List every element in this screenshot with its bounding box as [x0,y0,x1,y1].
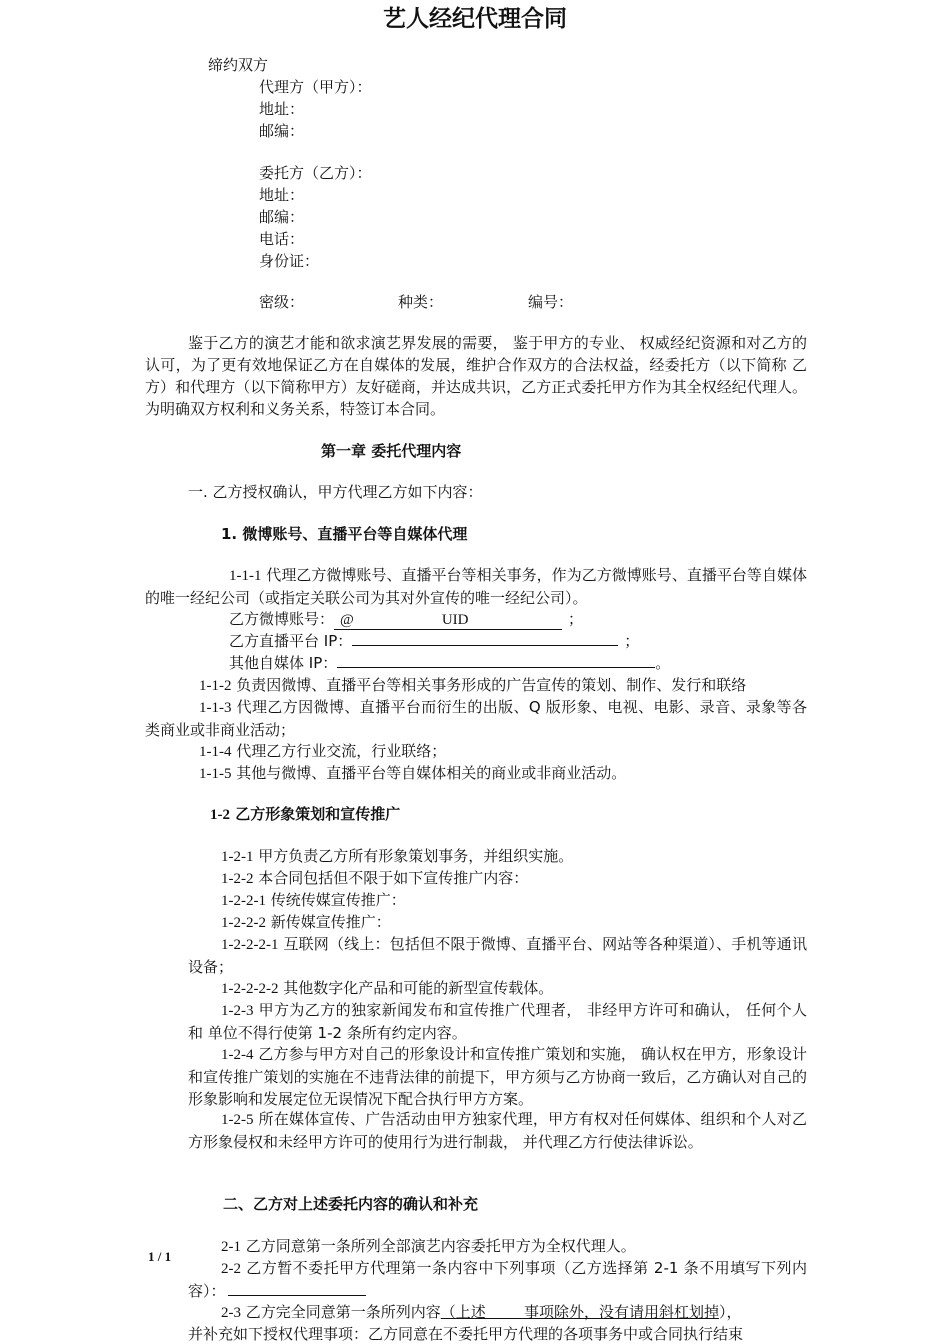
clause-number: 1-1-1 [229,568,262,584]
clause-number: 1-2-2-2-1 [221,937,278,953]
party-b-id-card: 身份证： [259,250,319,272]
live-end: ； [618,632,639,650]
party-b-address: 地址： [259,184,304,206]
preamble-paragraph: 鉴于乙方的演艺才能和欲求演艺界发展的需要， 鉴于甲方的专业、 权威经纪资源和对乙… [145,332,807,420]
section-number: 1-2 [210,807,230,823]
other-end: 。 [655,654,670,672]
clause-number: 2-1 [221,1239,241,1255]
weibo-at-sign: @ [334,612,354,628]
clause-text: 本合同包括但不限于如下宣传推广内容： [258,869,528,887]
clause-1-2-2: 1-2-2 本合同包括但不限于如下宣传推广内容： [221,867,528,890]
clause-1-2-2-2-2: 1-2-2-2-2 其他数字化产品和可能的新型宣传载体。 [221,977,553,1000]
other-media-field[interactable] [337,653,655,668]
clause-1-1-4: 1-1-4 代理乙方行业交流，行业联络； [199,740,446,763]
clause-number: 1-2-4 [221,1047,254,1063]
clause-text-end: ）， [719,1303,742,1321]
clause-text: 其他与微博、直播平台等自媒体相关的商业或非商业活动。 [236,764,626,782]
clause-1-2-1: 1-2-1 甲方负责乙方所有形象策划事务，并组织实施。 [221,845,573,868]
clause-number: 1-2-5 [221,1112,254,1128]
meta-category: 种类： [398,291,443,313]
party-a-label: 代理方（甲方）： [259,76,372,98]
clause-number: 1-1-2 [199,678,232,694]
clause-text: 传统传媒宣传推广： [271,891,406,909]
clause-1-1-3: 1-1-3 代理乙方因微博、直播平台而衍生的出版、Q 版形象、电视、电影、录音、… [145,696,807,741]
weibo-account-line: 乙方微博账号：@UID； [229,608,583,630]
clause-number: 1-2-2-2-2 [221,981,278,997]
clause-text: 乙方参与甲方对自己的形象设计和宣传推广策划和实施， 确认权在甲方，形象设计和宣传… [188,1045,807,1108]
clause-2-3: 2-3 乙方完全同意第一条所列内容（上述 事项除外，没有请用斜杠划掉）， [221,1301,741,1324]
clause-2-3-line2: 并补充如下授权代理事项：乙方同意在不委托甲方代理的各项事务中或合同执行结束 [188,1323,743,1344]
section-title: 乙方形象策划和宣传推广 [235,805,400,823]
weibo-label: 乙方微博账号： [229,610,334,628]
live-label: 乙方直播平台 IP： [229,632,352,650]
chapter1-item1: 一. 乙方授权确认，甲方代理乙方如下内容： [188,481,483,503]
clause-text: 互联网（线上：包括但不限于微博、直播平台、网站等各种渠道）、手机等通讯设备； [188,935,807,976]
clause-text: 乙方同意第一条所列全部演艺内容委托甲方为全权代理人。 [246,1237,636,1255]
section1-heading: 1. 微博账号、直播平台等自媒体代理 [221,523,467,545]
clause-text: 代理乙方行业交流，行业联络； [236,742,446,760]
clause-number: 1-1-5 [199,766,232,782]
clause-1-2-3: 1-2-3 甲方为乙方的独家新闻发布和宣传推广代理者， 非经甲方许可和确认， 任… [188,999,807,1044]
document-title: 艺人经纪代理合同 [0,4,950,34]
clause-number: 1-2-2-1 [221,893,266,909]
party-b-label: 委托方（乙方）： [259,162,372,184]
clause-1-1-2: 1-1-2 负责因微博、直播平台等相关事务形成的广告宣传的策划、制作、发行和联络 [199,674,746,697]
clause-1-2-2-2: 1-2-2-2 新传媒宣传推广： [221,911,391,934]
underlined-note: （上述 事项除外，没有请用斜杠划掉 [441,1303,719,1321]
party-a-address: 地址： [259,98,304,120]
live-platform-line: 乙方直播平台 IP：； [229,630,639,652]
clause-number: 2-2 [221,1261,241,1277]
clause-1-2-2-1: 1-2-2-1 传统传媒宣传推广： [221,889,406,912]
clause-number: 2-3 [221,1305,241,1321]
weibo-end: ； [562,610,583,628]
meta-number: 编号： [528,291,573,313]
page-indicator: 1 / 1 [148,1246,171,1268]
clause-1-2-5: 1-2-5 所在媒体宣传、广告活动由甲方独家代理，甲方有权对任何媒体、组织和个人… [188,1108,807,1153]
clause-1-2-4: 1-2-4 乙方参与甲方对自己的形象设计和宣传推广策划和实施， 确认权在甲方，形… [188,1043,807,1110]
party-b-postcode: 邮编： [259,206,304,228]
chapter1-heading: 第一章 委托代理内容 [321,440,461,462]
clause-2-1: 2-1 乙方同意第一条所列全部演艺内容委托甲方为全权代理人。 [221,1235,636,1258]
clause-1-1-1: 1-1-1 代理乙方微博账号、直播平台等相关事务，作为乙方微博账号、直播平台等自… [145,564,807,609]
clause-number: 1-1-3 [199,700,232,716]
clause-text: 负责因微博、直播平台等相关事务形成的广告宣传的策划、制作、发行和联络 [236,676,746,694]
section2-heading: 1-2 乙方形象策划和宣传推广 [210,803,400,826]
weibo-uid-label: UID [354,612,469,628]
clause-1-2-2-2-1: 1-2-2-2-1 互联网（线上：包括但不限于微博、直播平台、网站等各种渠道）、… [188,933,807,978]
chapter2-heading: 二、乙方对上述委托内容的确认和补充 [223,1193,478,1215]
clause-text: 其他数字化产品和可能的新型宣传载体。 [283,979,553,997]
other-label: 其他自媒体 IP： [229,654,337,672]
party-a-postcode: 邮编： [259,120,304,142]
weibo-account-field[interactable]: @UID [334,611,562,630]
clause-number: 1-2-1 [221,849,254,865]
party-b-phone: 电话： [259,228,304,250]
meta-secrecy: 密级： [259,291,304,313]
clause-1-1-5: 1-1-5 其他与微博、直播平台等自媒体相关的商业或非商业活动。 [199,762,626,785]
clause-2-2: 2-2 乙方暂不委托甲方代理第一条内容中下列事项（乙方选择第 2-1 条不用填写… [188,1257,807,1302]
clause-text: 代理乙方因微博、直播平台而衍生的出版、Q 版形象、电视、电影、录音、录象等各类商… [145,698,807,739]
parties-heading: 缔约双方 [208,54,268,76]
clause-text: 甲方为乙方的独家新闻发布和宣传推广代理者， 非经甲方许可和确认， 任何个人和 单… [188,1001,807,1042]
other-media-line: 其他自媒体 IP：。 [229,652,670,674]
clause-number: 1-2-2-2 [221,915,266,931]
clause-text: 所在媒体宣传、广告活动由甲方独家代理，甲方有权对任何媒体、组织和个人对乙 方形象… [188,1110,807,1151]
clause-text: 乙方完全同意第一条所列内容 [246,1303,441,1321]
clause-number: 1-2-2 [221,871,254,887]
clause-text: 新传媒宣传推广： [271,913,391,931]
live-platform-field[interactable] [352,631,618,646]
clause-number: 1-2-3 [221,1003,254,1019]
clause-text: 甲方负责乙方所有形象策划事务，并组织实施。 [258,847,573,865]
excluded-items-field[interactable] [228,1281,366,1296]
clause-number: 1-1-4 [199,744,232,760]
